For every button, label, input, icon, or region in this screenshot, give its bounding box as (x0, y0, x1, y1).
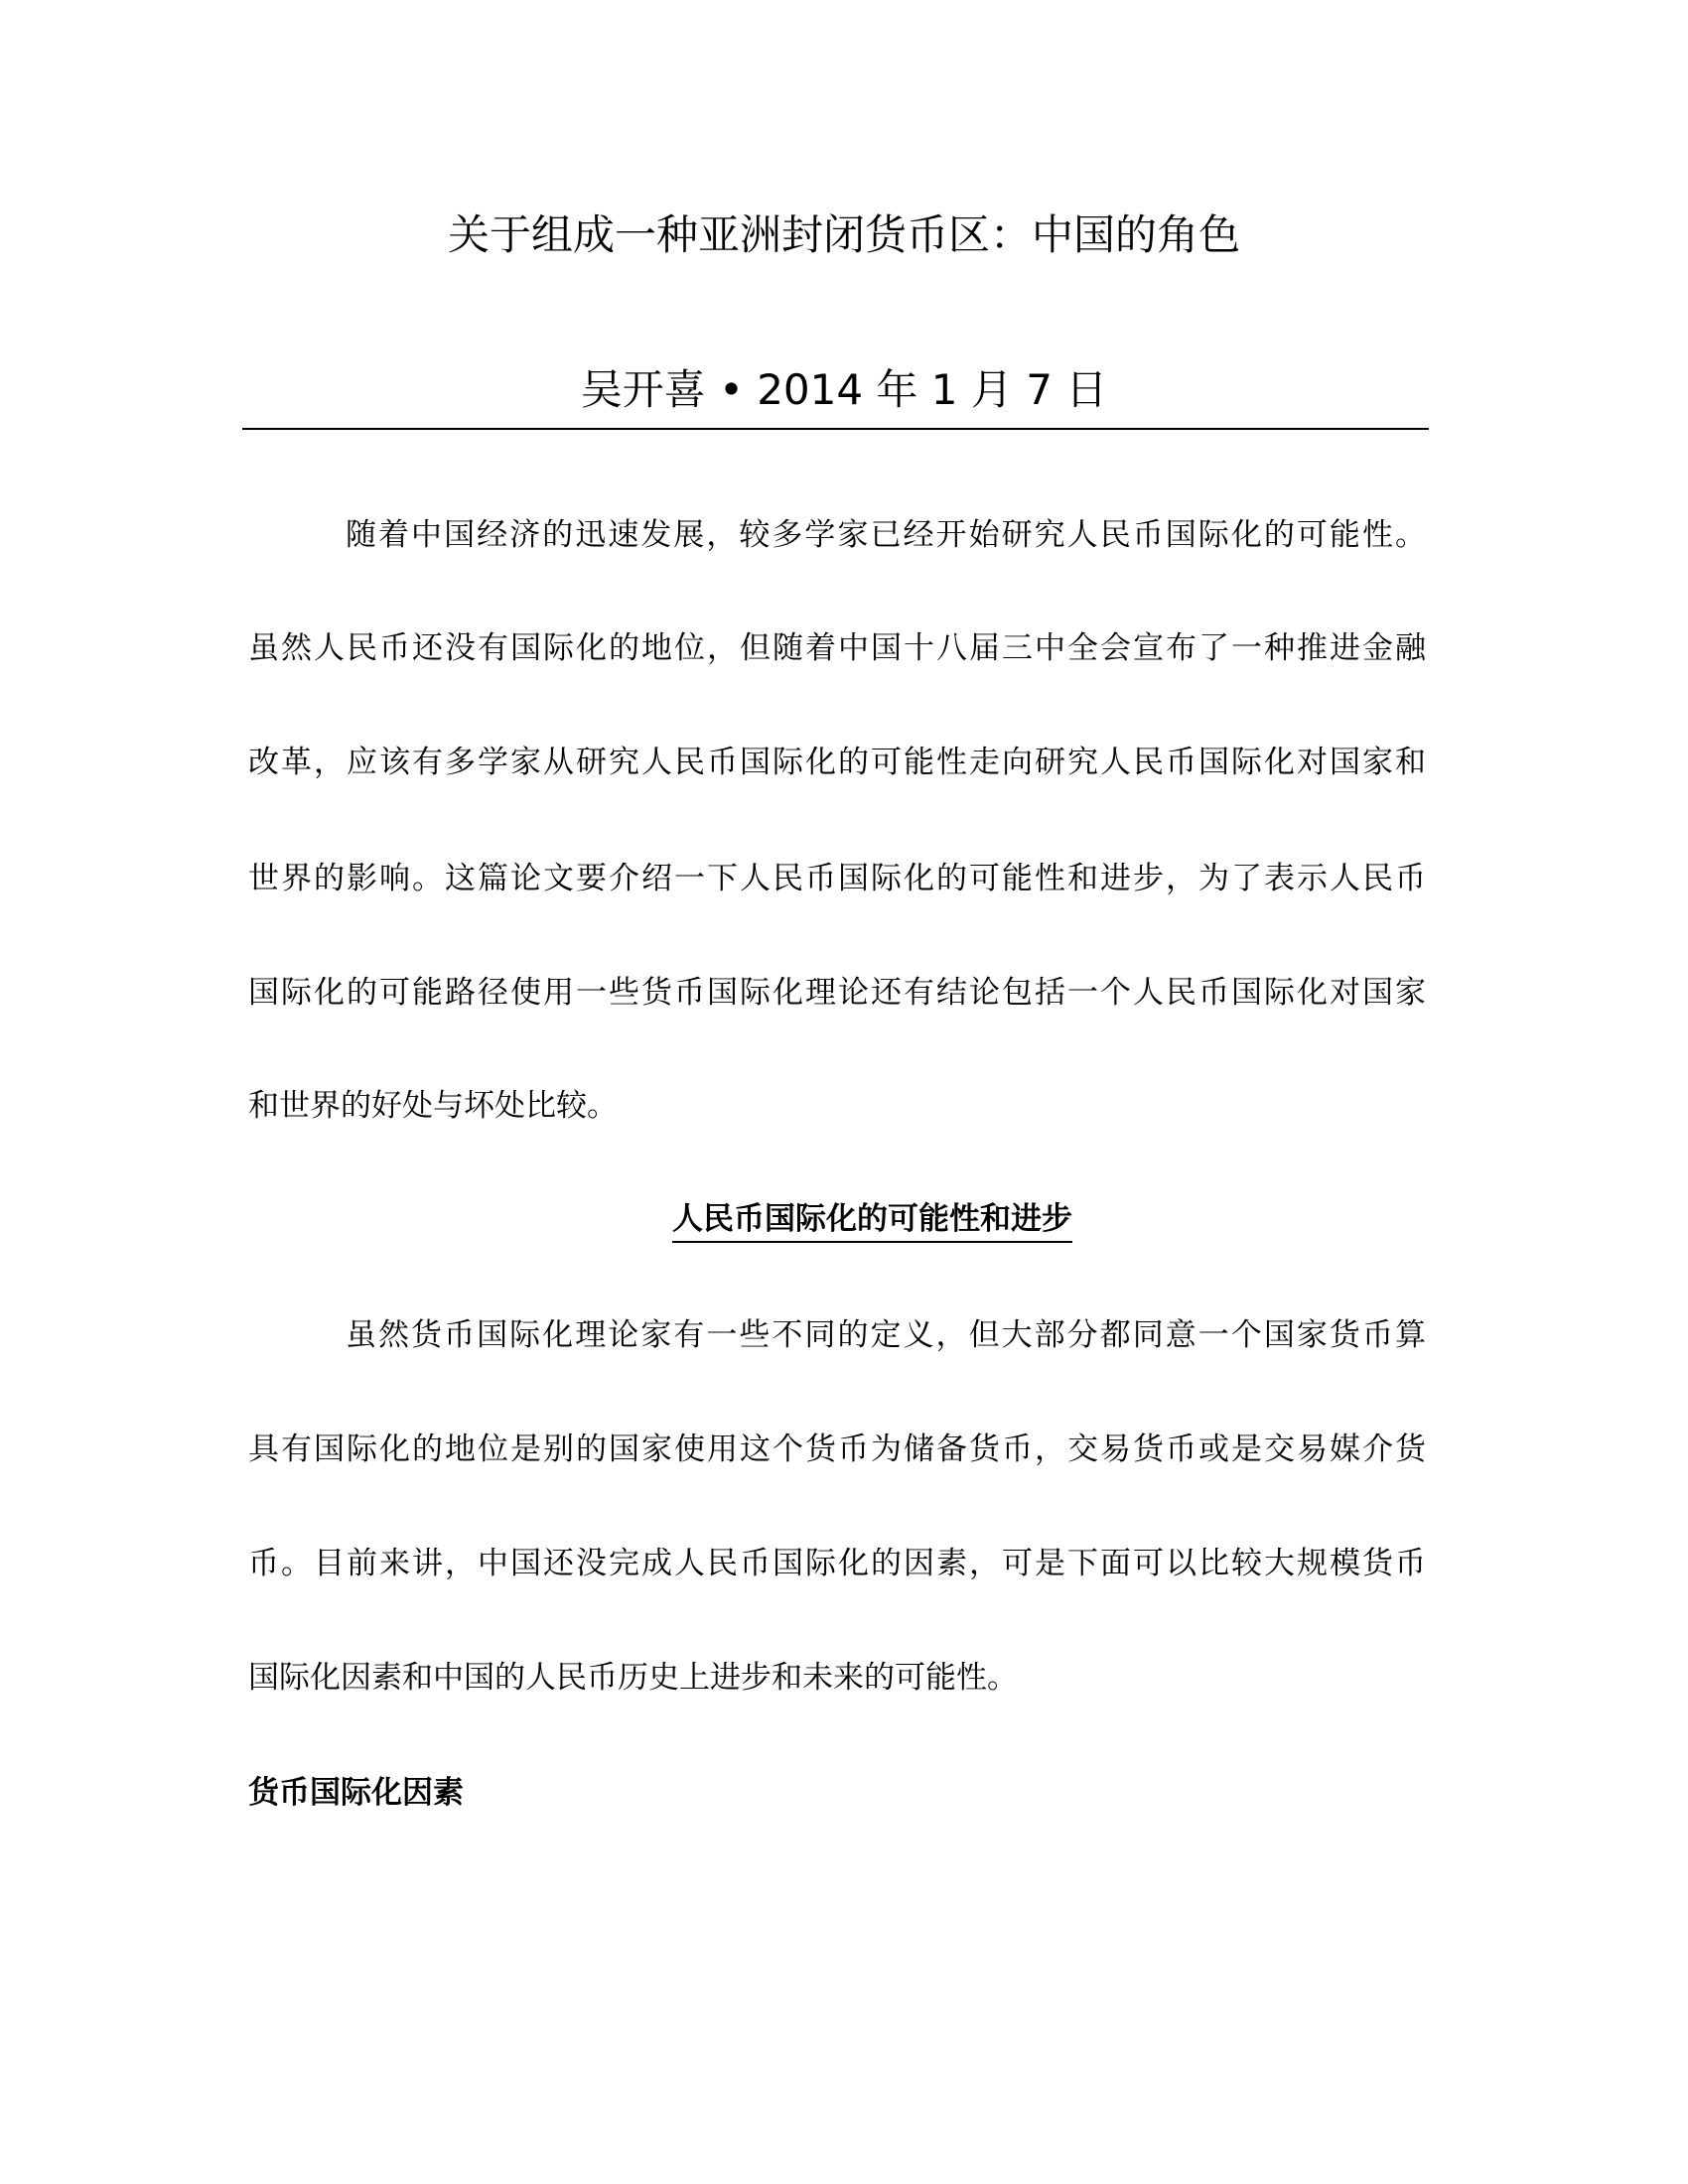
paragraph-line: 国际化的可能路径使用一些货币国际化理论还有结论包括一个人民币国际化对国家 (248, 973, 1426, 1013)
document-title: 关于组成一种亚洲封闭货币区：中国的角色 (0, 210, 1688, 260)
paragraph-line: 世界的影响。这篇论文要介绍一下人民币国际化的可能性和进步，为了表示人民币 (248, 859, 1426, 898)
paragraph-line: 虽然人民币还没有国际化的地位，但随着中国十八届三中全会宣布了一种推进金融 (248, 628, 1426, 668)
paragraph-line: 随着中国经济的迅速发展，较多学家已经开始研究人民币国际化的可能性。 (346, 515, 1426, 555)
section-heading: 人民币国际化的可能性和进步 (672, 1199, 1072, 1243)
paragraph-line: 和世界的好处与坏处比较。 (248, 1086, 1426, 1126)
title-divider (242, 428, 1429, 430)
subsection-heading: 货币国际化因素 (248, 1773, 464, 1813)
paragraph-line: 虽然货币国际化理论家有一些不同的定义，但大部分都同意一个国家货币算 (346, 1315, 1426, 1355)
paragraph-line: 币。目前来讲，中国还没完成人民币国际化的因素，可是下面可以比较大规模货币 (248, 1544, 1426, 1583)
paragraph-line: 具有国际化的地位是别的国家使用这个货币为储备货币，交易货币或是交易媒介货 (248, 1430, 1426, 1469)
paragraph-line: 改革，应该有多学家从研究人民币国际化的可能性走向研究人民币国际化对国家和 (248, 743, 1426, 782)
paragraph-line: 国际化因素和中国的人民币历史上进步和未来的可能性。 (248, 1658, 1426, 1698)
author-date-line: 吴开喜 • 2014 年 1 月 7 日 (0, 365, 1688, 415)
